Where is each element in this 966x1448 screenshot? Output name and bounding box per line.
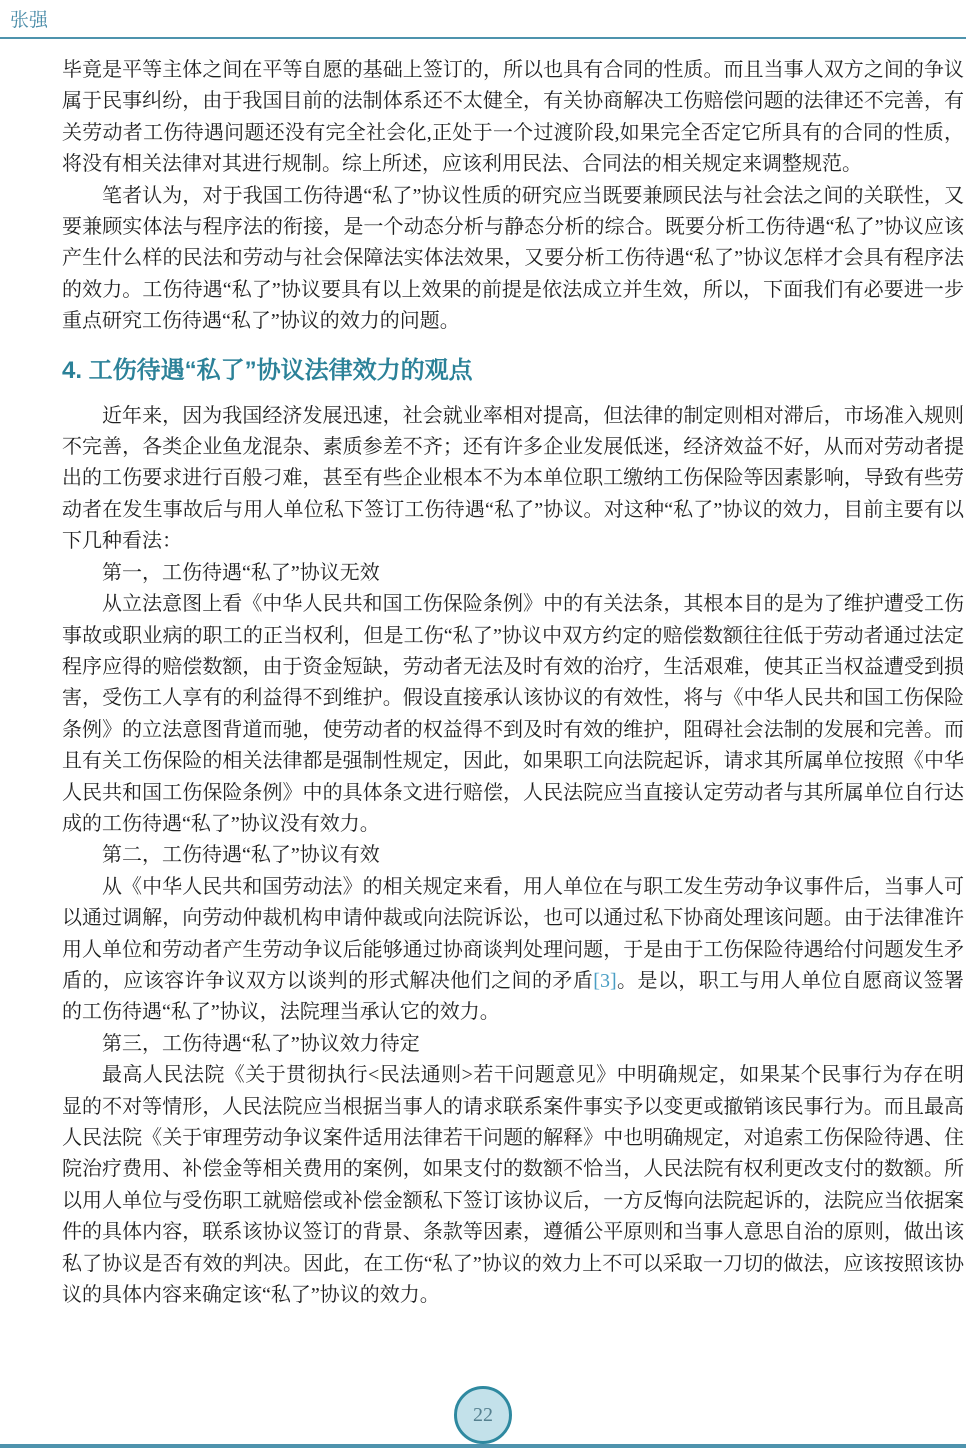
header-author: 张强 (10, 10, 48, 31)
footer-bar (0, 1444, 966, 1448)
page-header: 张强 (0, 0, 966, 34)
page-number-badge: 22 (454, 1386, 512, 1444)
citation-link-3[interactable]: [3] (593, 970, 616, 992)
opinion3-body: 最高人民法院《关于贯彻执行<民法通则>若干问题意见》中明确规定，如果某个民事行为… (62, 1060, 964, 1311)
opinion2-body: 从《中华人民共和国劳动法》的相关规定来看，用人单位在与职工发生劳动争议事件后，当… (62, 872, 964, 1029)
opinion1-body: 从立法意图上看《中华人民共和国工伤保险条例》中的有关法条，其根本目的是为了维护遭… (62, 589, 964, 840)
page-body: 毕竟是平等主体之间在平等自愿的基础上签订的，所以也具有合同的性质。而且当事人双方… (62, 55, 964, 1311)
paragraph-continuation: 毕竟是平等主体之间在平等自愿的基础上签订的，所以也具有合同的性质。而且当事人双方… (62, 55, 964, 181)
section-heading: 4. 工伤待遇“私了”协议法律效力的观点 (62, 355, 964, 387)
document-page: 张强 毕竟是平等主体之间在平等自愿的基础上签订的，所以也具有合同的性质。而且当事… (0, 0, 966, 1448)
paragraph-author-view: 笔者认为，对于我国工伤待遇“私了”协议性质的研究应当既要兼顾民法与社会法之间的关… (62, 181, 964, 338)
header-divider (0, 37, 966, 39)
opinion1-title: 第一，工伤待遇“私了”协议无效 (62, 558, 964, 589)
opinion2-title: 第二，工伤待遇“私了”协议有效 (62, 840, 964, 871)
paragraph-intro: 近年来，因为我国经济发展迅速，社会就业率相对提高，但法律的制定则相对滞后，市场准… (62, 401, 964, 558)
page-number: 22 (473, 1404, 493, 1427)
opinion3-title: 第三，工伤待遇“私了”协议效力待定 (62, 1029, 964, 1060)
